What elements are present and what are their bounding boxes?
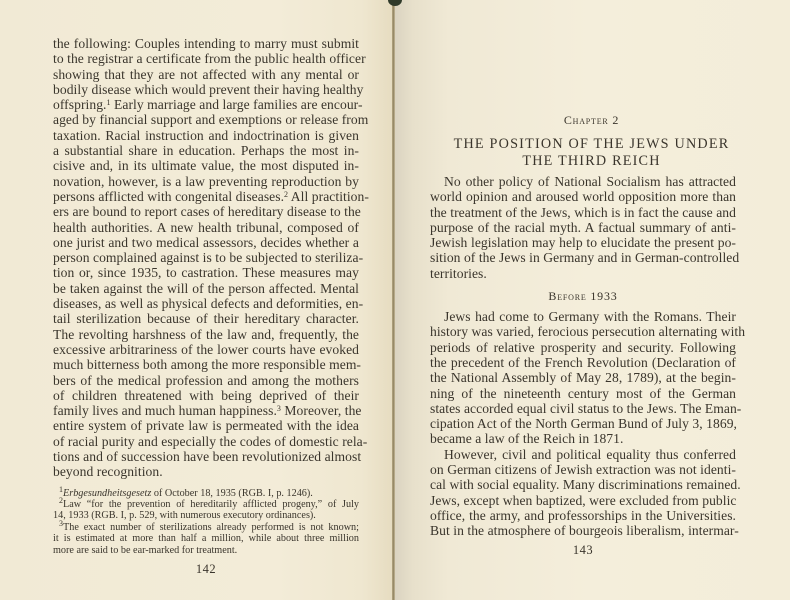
- book-gutter: [392, 0, 395, 600]
- right-page-text: No other policy of National Socialism ha…: [430, 174, 736, 558]
- body-line: ers are bound to report cases of heredit…: [53, 204, 359, 219]
- body-line: bers of the medical profession and among…: [53, 373, 359, 388]
- chapter-title-line: THE POSITION OF THE JEWS UNDER: [393, 136, 790, 153]
- footnote-italic-title: Erbgesundheitsgesetz: [63, 488, 151, 499]
- body-line: cipation Act of the North German Bund of…: [430, 416, 736, 431]
- body-line: taxation. Racial instruction and indoctr…: [53, 128, 359, 143]
- footnote-3: 3The exact number of sterilizations alre…: [53, 522, 359, 533]
- body-line: to the registrar a certificate from the …: [53, 51, 359, 66]
- line-text: offspring.: [53, 97, 107, 112]
- body-line: But in the atmosphere of bourgeois liber…: [430, 523, 736, 538]
- right-page: Chapter 2 THE POSITION OF THE JEWS UNDER…: [393, 0, 790, 600]
- body-line: much bitterness both among the more resp…: [53, 357, 359, 372]
- body-line: a substantial share in education. Perhap…: [53, 143, 359, 158]
- footnote-text: The exact number of sterilizations alrea…: [63, 522, 359, 533]
- body-line: entire system of private law is permeate…: [53, 418, 359, 433]
- body-line: diseases, as well as physical defects an…: [53, 296, 359, 311]
- left-page-text: the following: Couples intending to marr…: [53, 36, 359, 577]
- body-line-with-footnote-3: family lives and much human happiness.3 …: [53, 403, 359, 418]
- footnote-text: Law “for the prevention of hereditarily …: [63, 499, 359, 510]
- footnote-3-cont: more are said to be ear-marked for treat…: [53, 545, 359, 556]
- line-text: All practition-: [288, 189, 369, 204]
- body-line: states accorded equal civil status to th…: [430, 401, 736, 416]
- body-line: aged by financial support and exemptions…: [53, 112, 359, 127]
- body-line: territories.: [430, 266, 736, 281]
- body-line: The revolting harshness of the law and, …: [53, 327, 359, 342]
- body-line: health authorities. A new health tribuna…: [53, 220, 359, 235]
- body-line: Jews had come to Germany with the Romans…: [430, 309, 736, 324]
- footnotes: 1Erbgesundheitsgesetz of October 18, 193…: [53, 488, 359, 556]
- body-line: Jewish legislation may help to elucidate…: [430, 235, 736, 250]
- page-number-left: 142: [53, 562, 359, 577]
- line-text: Moreover, the: [281, 403, 362, 418]
- body-line: tions and of succession have been revolu…: [53, 449, 359, 464]
- body-line: the National Assembly of May 28, 1789), …: [430, 370, 736, 385]
- body-line: one jurist and two medical assessors, de…: [53, 235, 359, 250]
- body-line: sition of the Jews in Germany and in Ger…: [430, 250, 736, 265]
- footnote-3-cont: it is estimated at more than half a mill…: [53, 533, 359, 544]
- body-line: cal with social equality. Many discrimin…: [430, 477, 736, 492]
- body-line: became a law of the Reich in 1871.: [430, 431, 736, 446]
- body-line: No other policy of National Socialism ha…: [430, 174, 736, 189]
- body-line-with-footnote-1: offspring.1 Early marriage and large fam…: [53, 97, 359, 112]
- body-line: Jews, except when baptized, were exclude…: [430, 493, 736, 508]
- body-line: tail sterilization because of their here…: [53, 311, 359, 326]
- body-line: periods of relative prosperity and secur…: [430, 340, 736, 355]
- body-line: of children threatened with being depriv…: [53, 388, 359, 403]
- body-line: history was varied, ferocious persecutio…: [430, 324, 736, 339]
- book-spread: the following: Couples intending to marr…: [0, 0, 790, 600]
- body-line: excessive arbitrariness of the lower cou…: [53, 342, 359, 357]
- body-line: office, the army, and professorships in …: [430, 508, 736, 523]
- footnote-2: 2Law “for the prevention of hereditarily…: [53, 499, 359, 510]
- body-line: bodily disease which would prevent their…: [53, 82, 359, 97]
- chapter-title-line: THE THIRD REICH: [393, 153, 790, 170]
- body-line: tion or, since 1935, to castration. Thes…: [53, 265, 359, 280]
- body-line: novation, however, is a law preventing r…: [53, 174, 359, 189]
- body-line: ning of the nineteenth century most of t…: [430, 386, 736, 401]
- chapter-label: Chapter 2: [393, 113, 790, 128]
- body-line: showing that they are not affected with …: [53, 67, 359, 82]
- footnote-2-cont: 14, 1933 (RGB. I, p. 529, with numerous …: [53, 510, 359, 521]
- body-line: However, civil and political equality th…: [430, 447, 736, 462]
- body-line: the precedent of the French Revolution (…: [430, 355, 736, 370]
- section-heading: Before 1933: [430, 285, 736, 307]
- line-text: Early marriage and large families are en…: [111, 97, 363, 112]
- body-line: the treatment of the Jews, which is in f…: [430, 205, 736, 220]
- body-line: on German citizens of Jewish extraction …: [430, 462, 736, 477]
- chapter-title: THE POSITION OF THE JEWS UNDER THE THIRD…: [393, 136, 790, 169]
- body-line: purpose of the racial myth. A factual su…: [430, 220, 736, 235]
- left-page: the following: Couples intending to marr…: [0, 0, 393, 600]
- line-text: persons afflicted with congenital diseas…: [53, 189, 284, 204]
- page-number-right: 143: [430, 543, 736, 558]
- footnote-1: 1Erbgesundheitsgesetz of October 18, 193…: [53, 488, 359, 499]
- body-line: person complained against is to be subje…: [53, 250, 359, 265]
- body-line: beyond recognition.: [53, 464, 359, 479]
- body-line-with-footnote-2: persons afflicted with congenital diseas…: [53, 189, 359, 204]
- body-line: the following: Couples intending to marr…: [53, 36, 359, 51]
- body-line: be taken against the will of the person …: [53, 281, 359, 296]
- body-line: cisive and, in its ultimate value, the m…: [53, 158, 359, 173]
- line-text: family lives and much human happiness.: [53, 403, 277, 418]
- body-line: world opinion and aroused world oppositi…: [430, 189, 736, 204]
- body-line: of racial purity and especially the code…: [53, 434, 359, 449]
- footnote-text: of October 18, 1935 (RGB. I, p. 1246).: [151, 488, 313, 499]
